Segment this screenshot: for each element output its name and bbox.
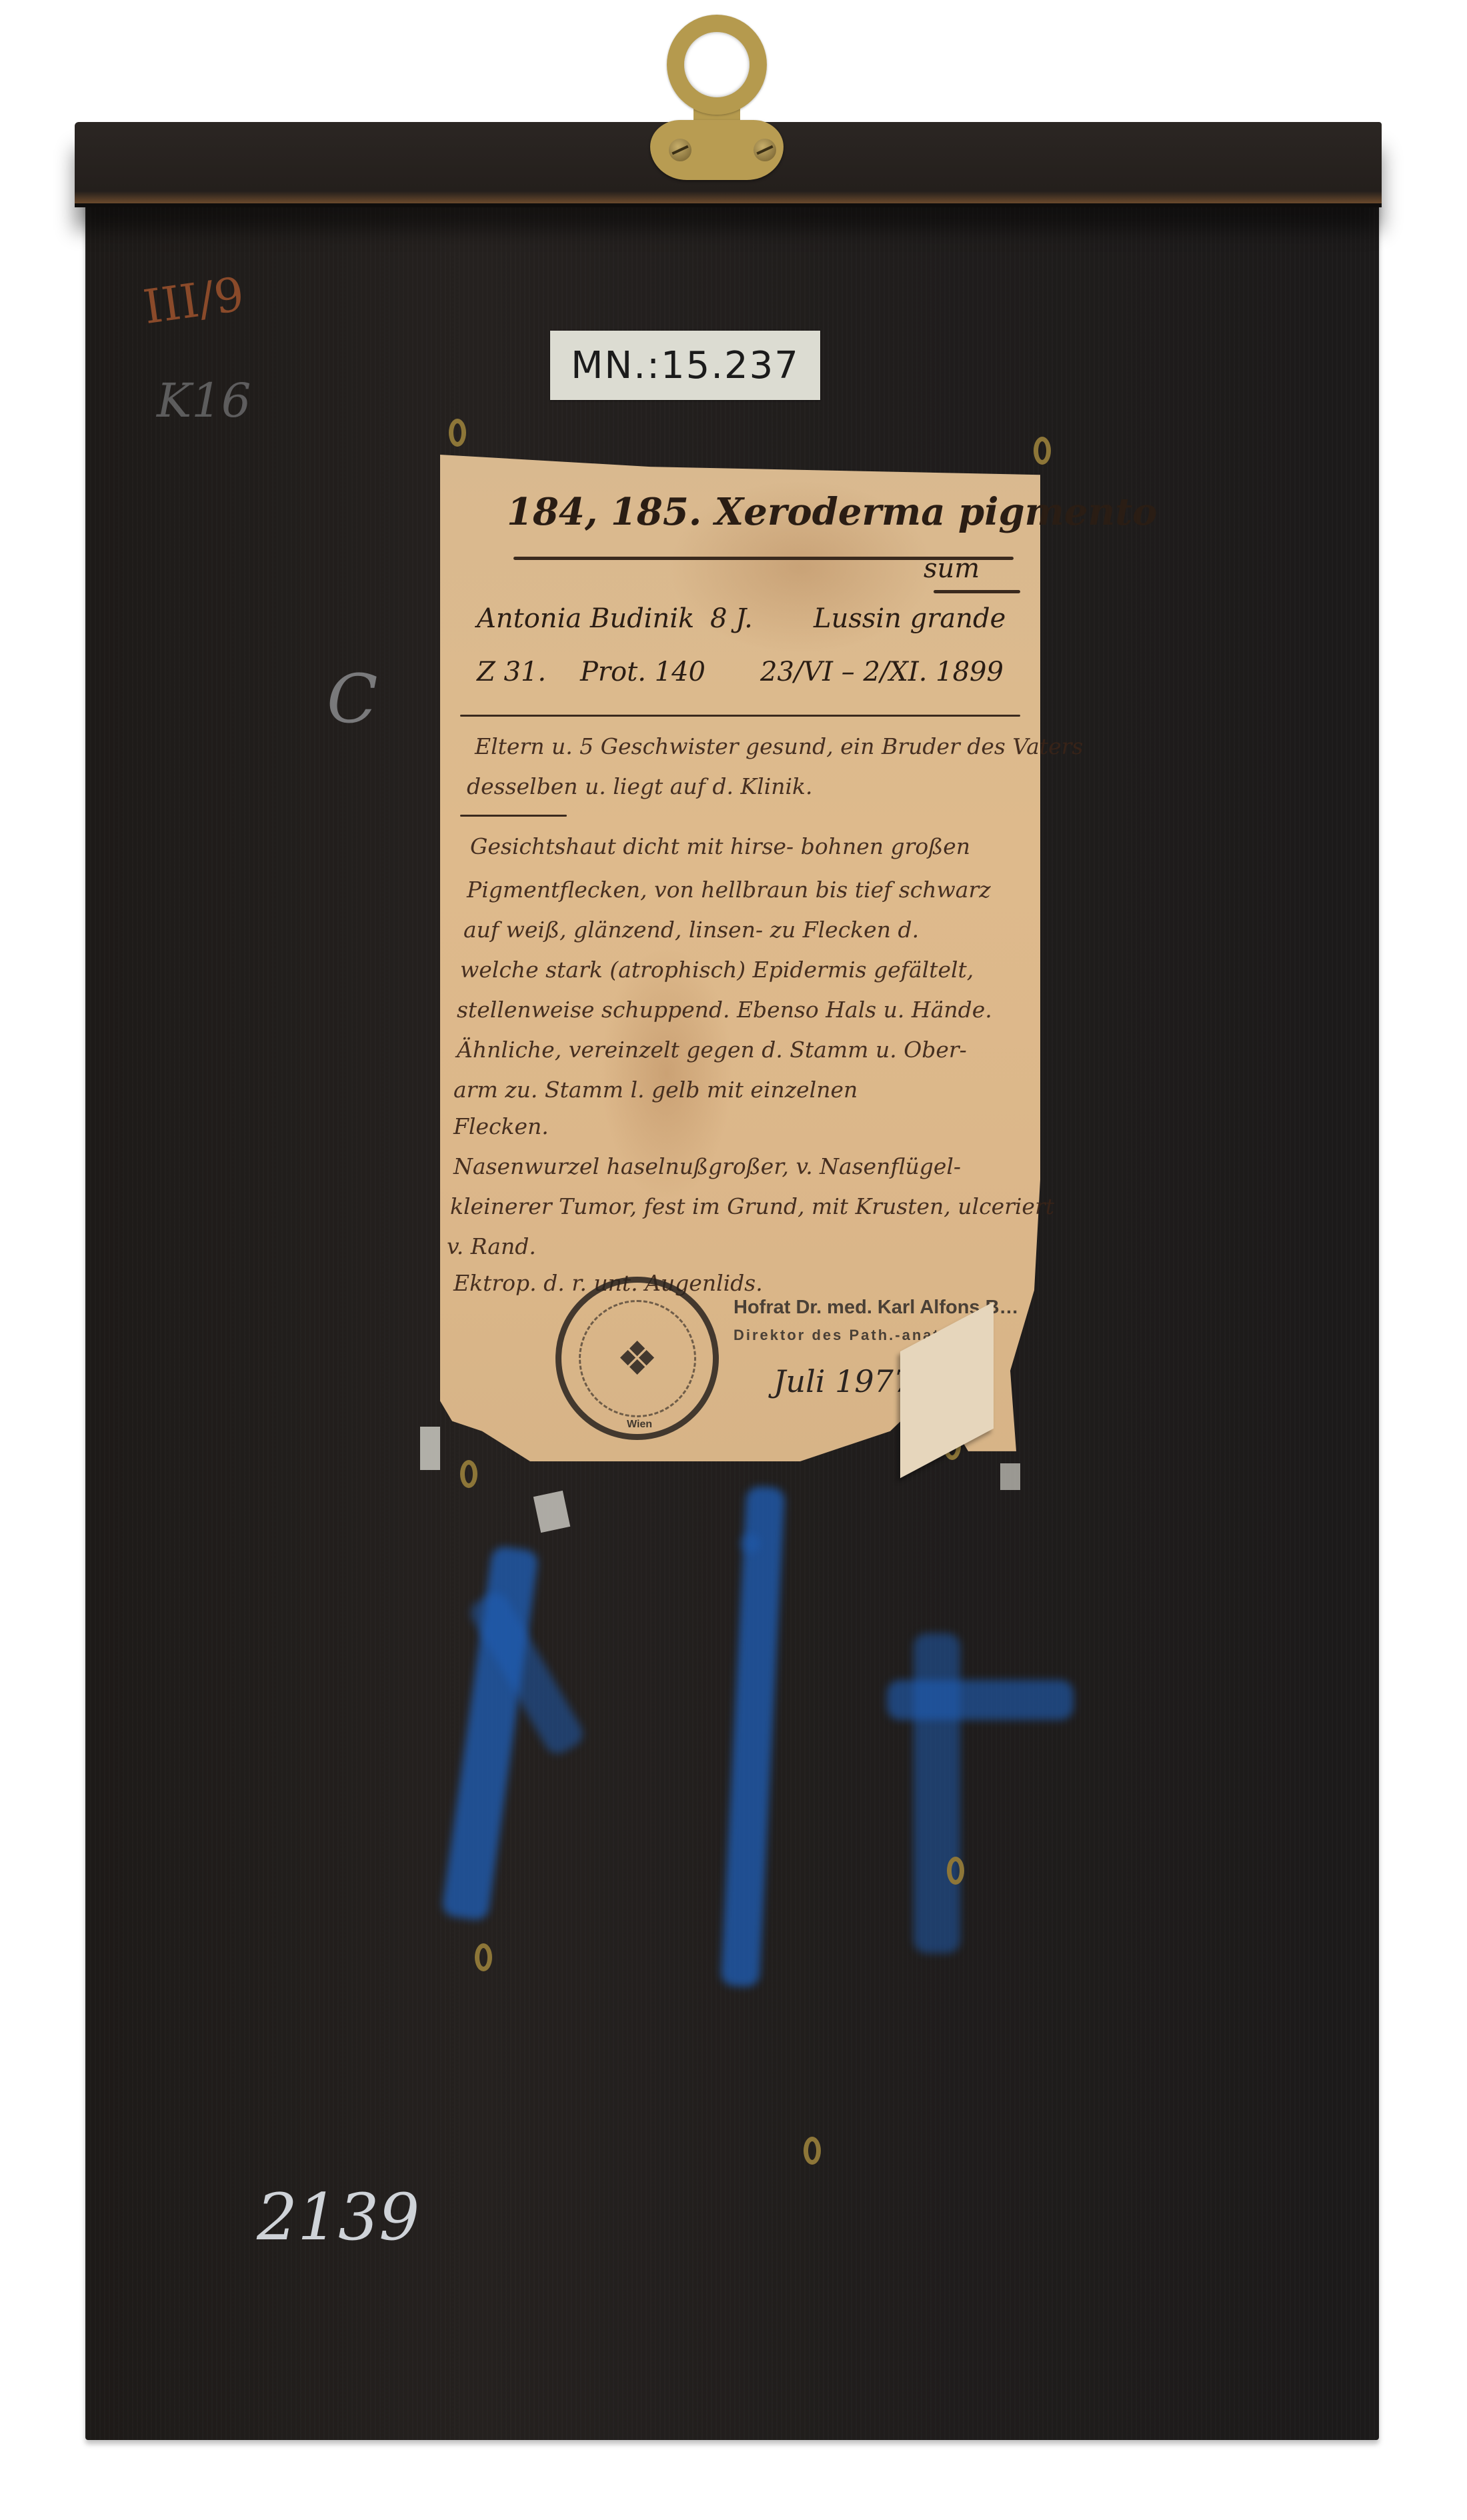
note-line: Eltern u. 5 Geschwister gesund, ein Brud… <box>475 733 1083 759</box>
brass-hanger-ring-icon <box>667 15 767 115</box>
brass-hook-icon <box>449 419 466 447</box>
patient-name: Antonia Budinik <box>477 603 694 634</box>
brass-hook-icon <box>475 1943 492 1971</box>
section-rule <box>460 815 567 817</box>
label-title-continuation: sum <box>924 553 980 584</box>
note-line: kleinerer Tumor, fest im Grund, mit Krus… <box>450 1193 1054 1219</box>
note-line: v. Rand. <box>447 1233 536 1259</box>
blue-pastel-mark <box>740 1533 760 1553</box>
title-underline <box>934 590 1020 593</box>
eagle-emblem-icon: ❖ <box>579 1300 696 1417</box>
brass-hook-icon <box>460 1460 477 1488</box>
protocol-number: Prot. 140 <box>580 657 705 687</box>
note-line: Nasenwurzel haselnußgroßer, v. Nasenflüg… <box>453 1153 961 1179</box>
brass-hook-icon <box>947 1857 964 1885</box>
brass-hook-icon <box>804 2137 821 2165</box>
note-line: Gesichtshaut dicht mit hirse- bohnen gro… <box>470 833 970 859</box>
chalk-mark: K16 <box>157 373 251 428</box>
screw-icon <box>669 139 691 161</box>
note-line: desselben u. liegt auf d. Klinik. <box>467 773 813 799</box>
section-rule <box>460 715 1020 717</box>
chalk-mark: C <box>327 660 378 738</box>
signature-date: Juli 1977 <box>774 1363 913 1399</box>
inventory-tag: MN.:15.237 <box>550 331 820 400</box>
note-line: Ähnliche, vereinzelt gegen d. Stamm u. O… <box>457 1037 967 1063</box>
chalk-number: 2139 <box>257 2180 419 2255</box>
brass-hook-icon <box>1034 437 1051 465</box>
note-line: Pigmentflecken, von hellbraun bis tief s… <box>467 877 991 903</box>
note-line: auf weiß, glänzend, linsen- zu Flecken d… <box>463 917 919 943</box>
note-line: arm zu. Stamm l. gelb mit einzelnen <box>453 1077 858 1103</box>
blue-pastel-mark <box>887 1680 1074 1720</box>
paint-chip <box>420 1427 440 1470</box>
patient-place: Lussin grande <box>814 603 1006 634</box>
note-line: welche stark (atrophisch) Epidermis gefä… <box>460 957 974 983</box>
inventory-number: MN.:15.237 <box>571 344 800 387</box>
seal-bottom-text: Wien <box>627 1419 652 1431</box>
note-line: Flecken. <box>453 1113 549 1139</box>
ward-number: Z 31. <box>477 657 546 687</box>
admission-dates: 23/VI – 2/XI. 1899 <box>760 657 1004 687</box>
paint-chip <box>1000 1463 1020 1490</box>
label-title: 184, 185. Xeroderma pigmento <box>507 490 1157 534</box>
museum-seal: ❖ <box>555 1277 719 1440</box>
patient-age: 8 J. <box>710 603 753 634</box>
screw-icon <box>754 139 776 161</box>
note-line: stellenweise schuppend. Ebenso Hals u. H… <box>457 997 992 1023</box>
